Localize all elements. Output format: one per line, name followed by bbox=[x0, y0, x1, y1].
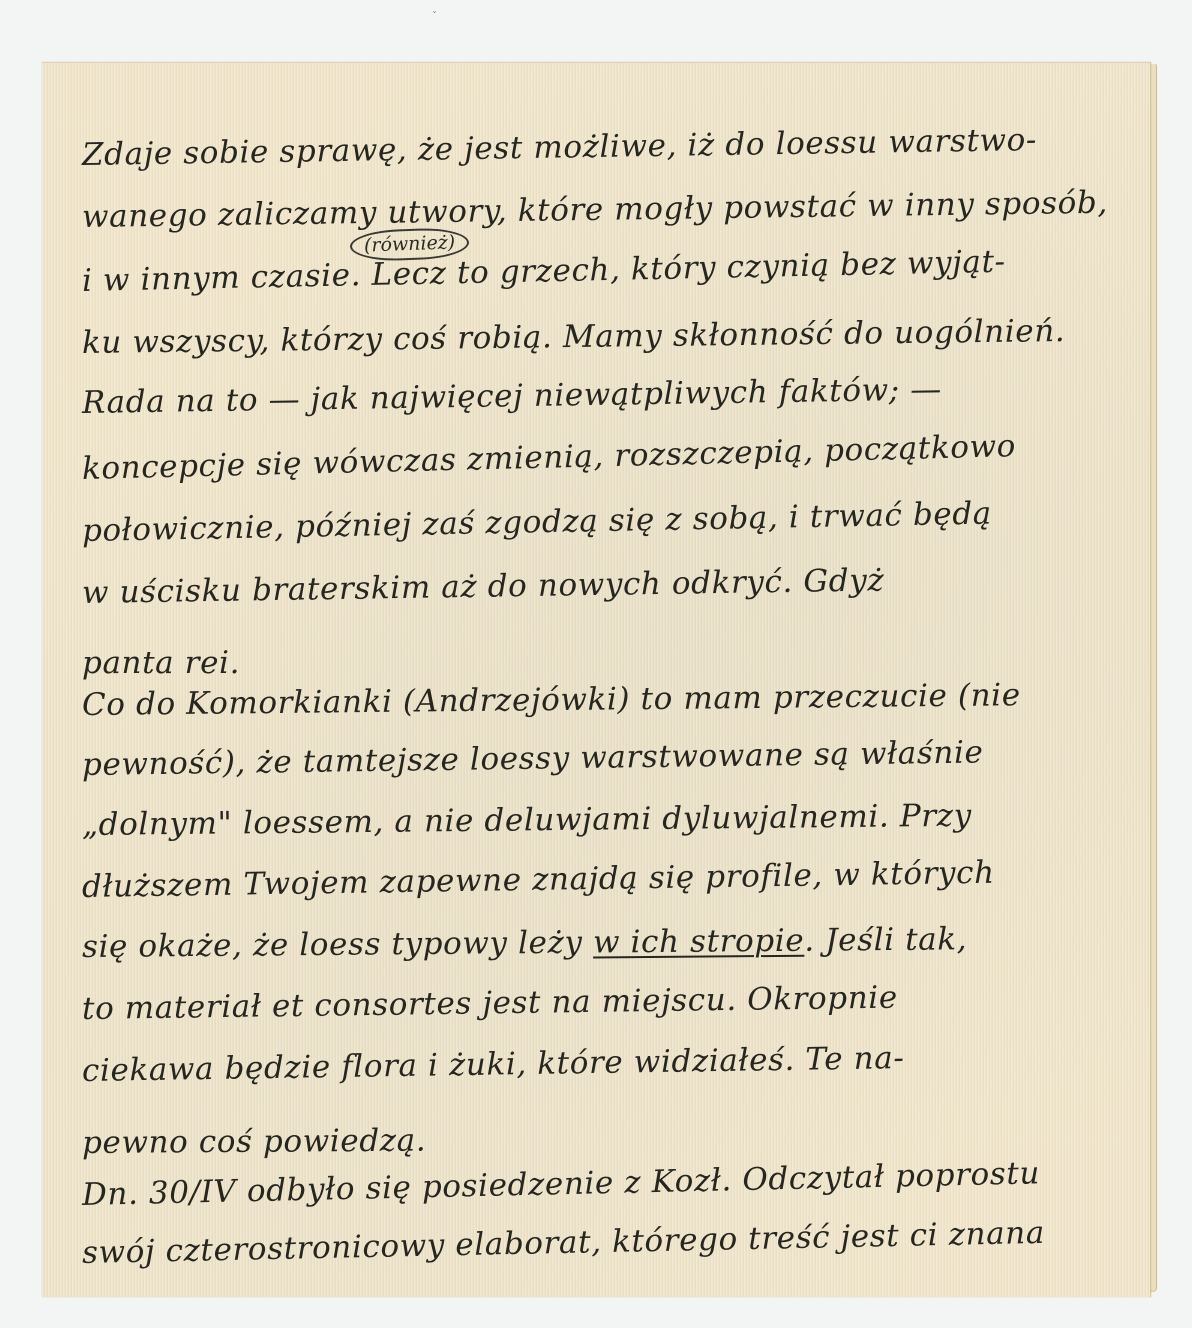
letter-line-7: połowicznie, później zaś zgodzą się z so… bbox=[82, 496, 993, 549]
letter-line-10: Co do Komorkianki (Andrzejówki) to mam p… bbox=[82, 677, 1021, 723]
letter-page: ˇ Zdaje sobie sprawę, że jest możliwe, i… bbox=[42, 62, 1151, 1297]
letter-line-3: i w innym czasie. Lecz to grzech, który … bbox=[82, 244, 1006, 299]
letter-line-5: Rada na to — jak najwięcej niewątpliwych… bbox=[82, 371, 942, 421]
letter-line-13: dłuższem Twojem zapewne znajdą się profi… bbox=[82, 855, 995, 905]
letter-line-1: Zdaje sobie sprawę, że jest możliwe, iż … bbox=[82, 122, 1038, 173]
letter-line-8: w uścisku braterskim aż do nowych odkryć… bbox=[82, 562, 885, 611]
letter-line-4: ku wszyscy, którzy coś robią. Mamy skłon… bbox=[82, 313, 1066, 361]
letter-line-19: swój czterostronicowy elaborat, którego … bbox=[82, 1215, 1046, 1271]
letter-body: Zdaje sobie sprawę, że jest możliwe, iż … bbox=[82, 63, 1132, 1297]
top-ink-mark: ˇ bbox=[432, 11, 437, 22]
letter-line-14: się okaże, że loess typowy leży w ich st… bbox=[82, 921, 967, 965]
letter-line-17: pewno coś powiedzą. bbox=[82, 1123, 426, 1161]
letter-line-11: pewność), że tamtejsze loessy warstwowan… bbox=[82, 734, 984, 783]
letter-line-9: panta rei. bbox=[82, 645, 240, 681]
letter-line-12: „dolnym" loessem, a nie deluwjami dyluwj… bbox=[82, 798, 972, 843]
letter-line-2: wanego zaliczamy utwory, które mogły pow… bbox=[82, 185, 1108, 235]
line-14-text: się okaże, że loess typowy leży bbox=[82, 925, 593, 965]
letter-line-18: Dn. 30/IV odbyło się posiedzenie z Kozł.… bbox=[82, 1155, 1041, 1213]
letter-line-15: to materiał et consortes jest na miejscu… bbox=[82, 980, 898, 1027]
letter-line-6: koncepcje się wówczas zmienią, rozszczep… bbox=[82, 428, 1017, 487]
letter-line-16: ciekawa będzie flora i żuki, które widzi… bbox=[82, 1040, 905, 1089]
line-14-tail: . Jeśli tak, bbox=[804, 921, 967, 958]
underlined-phrase: w ich stropie bbox=[593, 923, 805, 961]
